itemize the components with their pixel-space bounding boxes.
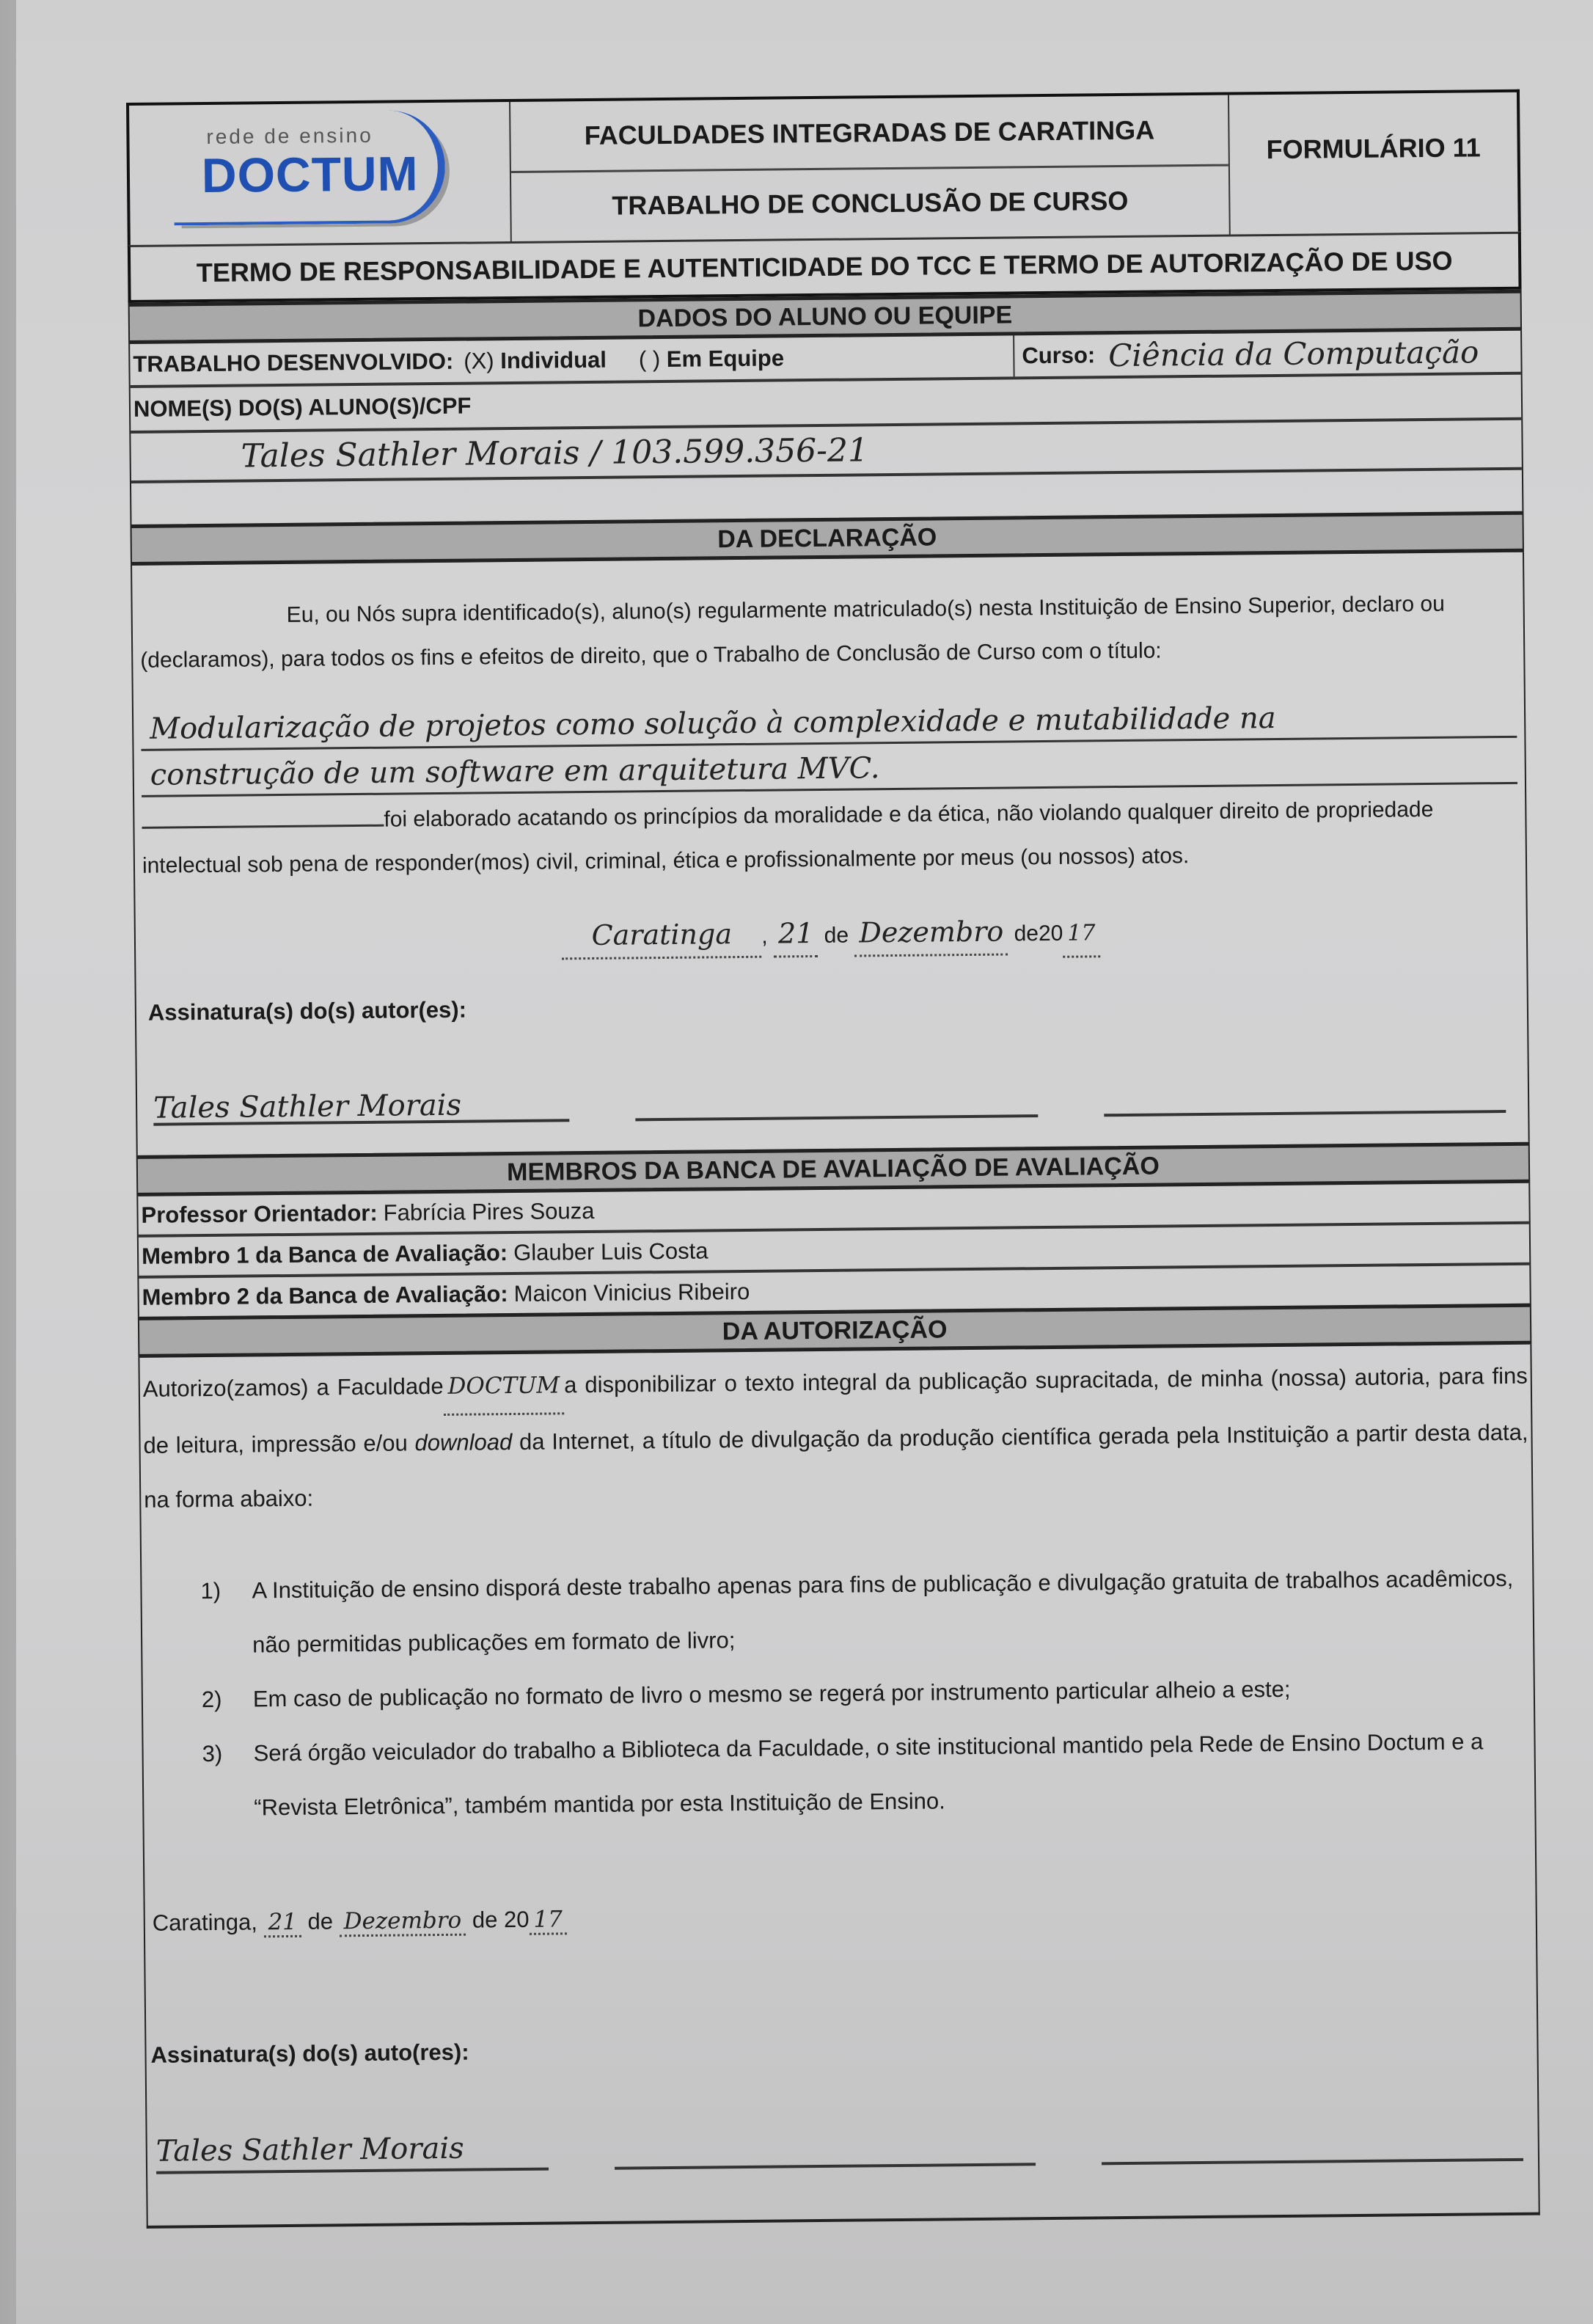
auth-signature-line-1[interactable]: Tales Sathler Morais <box>156 2131 549 2174</box>
declaration-paragraph: Eu, ou Nós supra identificado(s), aluno(… <box>140 592 1445 673</box>
form-number: FORMULÁRIO 11 <box>1229 92 1518 235</box>
header-titles: FACULDADES INTEGRADAS DE CARATINGA TRABA… <box>510 95 1231 241</box>
date-year-field[interactable]: 17 <box>1063 911 1100 957</box>
doctum-logo: rede de ensino DOCTUM <box>129 102 512 245</box>
declaration-date: Caratinga, 21 de Dezembro de2017 <box>143 905 1520 969</box>
work-title-field[interactable]: Modularização de projetos como solução à… <box>141 692 1517 797</box>
auth-date-year-field[interactable]: 17 <box>529 1906 567 1934</box>
authorization-date: Caratinga, 21 de Dezembro de 2017 <box>144 1846 1536 1962</box>
auth-signature-line-3[interactable] <box>1102 2122 1523 2166</box>
header-subtitle: TRABALHO DE CONCLUSÃO DE CURSO <box>511 166 1229 241</box>
auth-signature-line-2[interactable] <box>614 2126 1036 2170</box>
team-checkbox[interactable]: ( ) Em Equipe <box>639 345 784 373</box>
signature-line-3[interactable] <box>1103 1073 1506 1117</box>
title-continuation-blank[interactable] <box>142 805 384 829</box>
date-day-field[interactable]: 21 <box>774 911 819 958</box>
term-item: 1)A Instituição de ensino disporá deste … <box>200 1552 1526 1673</box>
member1-name: Glauber Luis Costa <box>513 1238 708 1266</box>
date-de-2: de <box>1014 921 1039 946</box>
paper-sheet: rede de ensino DOCTUM FACULDADES INTEGRA… <box>16 0 1593 2324</box>
signature-line-2[interactable] <box>635 1078 1038 1121</box>
term-item: 3)Será órgão veiculador do trabalho a Bi… <box>202 1714 1527 1835</box>
authorization-paragraph: Autorizo(zamos) a FaculdadeDOCTUMa dispo… <box>139 1345 1531 1527</box>
signature-line-1[interactable]: Tales Sathler Morais <box>153 1082 570 1125</box>
auth-signature-row: Tales Sathler Morais <box>147 2056 1539 2196</box>
tcc-form: rede de ensino DOCTUM FACULDADES INTEGRA… <box>126 89 1540 2229</box>
date-year-prefix: 20 <box>1039 921 1063 946</box>
student-data-box: TRABALHO DESENVOLVIDO: (X) Individual ( … <box>128 331 1523 525</box>
institution-name: FACULDADES INTEGRADAS DE CARATINGA <box>510 95 1228 173</box>
auth-date-month-field[interactable]: Dezembro <box>339 1907 466 1937</box>
declaration-box: Eu, ou Nós supra identificado(s), aluno(… <box>131 552 1530 1155</box>
work-type-label: TRABALHO DESENVOLVIDO: <box>133 348 453 378</box>
date-de: de <box>824 924 849 948</box>
date-city-field[interactable]: Caratinga <box>562 912 762 960</box>
authorization-terms-list: 1)A Instituição de ensino disporá deste … <box>142 1537 1535 1836</box>
logo-tagline: rede de ensino <box>206 124 373 149</box>
auth-date-day-field[interactable]: 21 <box>263 1909 301 1937</box>
faculty-name-field[interactable]: DOCTUM <box>443 1358 564 1416</box>
course-label: Curso: <box>1022 342 1095 369</box>
committee-box: Professor Orientador:Fabrícia Pires Souz… <box>136 1183 1531 1317</box>
authorization-box: Autorizo(zamos) a FaculdadeDOCTUMa dispo… <box>138 1345 1539 2229</box>
logo-wordmark: DOCTUM <box>202 145 419 203</box>
form-header: rede de ensino DOCTUM FACULDADES INTEGRA… <box>126 89 1521 245</box>
member2-name: Maicon Vinicius Ribeiro <box>513 1279 750 1307</box>
course-field[interactable]: Ciência da Computação <box>1108 334 1479 373</box>
date-month-field[interactable]: Dezembro <box>854 910 1008 957</box>
individual-checkbox[interactable]: (X) Individual <box>464 347 607 375</box>
advisor-name: Fabrícia Pires Souza <box>383 1198 594 1227</box>
auth-date-city: Caratinga, <box>153 1909 257 1935</box>
signature-row: Tales Sathler Morais <box>144 1022 1520 1148</box>
